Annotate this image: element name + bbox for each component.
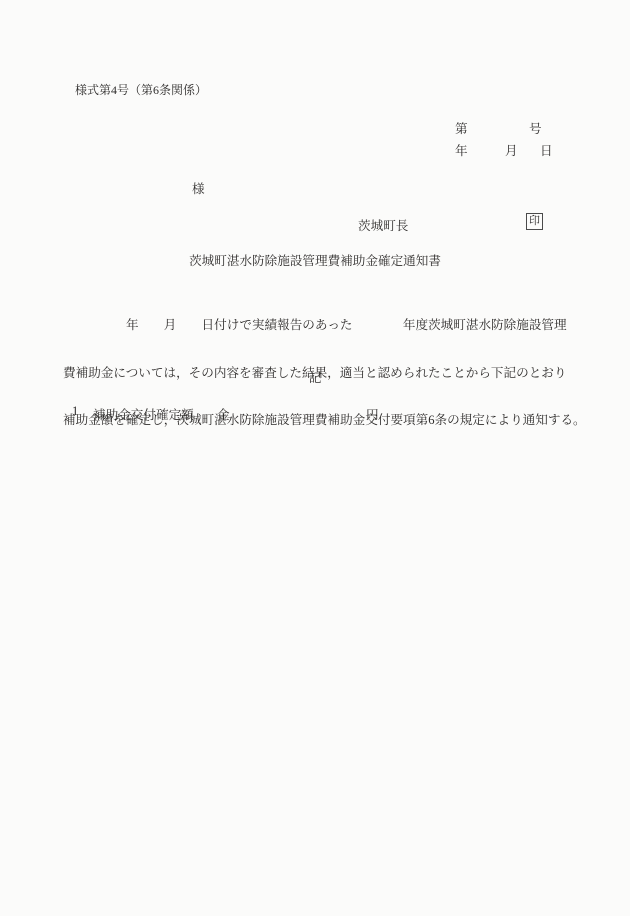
section-marker-ki: 記: [0, 367, 630, 386]
item-1-row: 1 補助金交付確定額 金 円: [0, 404, 630, 421]
date-year-label: 年: [455, 140, 468, 159]
sender-title: 茨城町長: [358, 215, 408, 234]
amount-blank-space: [232, 404, 364, 419]
recipient-honorific: 様: [192, 178, 205, 197]
form-number: 様式第4号（第6条関係）: [75, 81, 207, 98]
doc-number-suffix: 号: [529, 118, 542, 137]
item-label: 補助金交付確定額: [93, 404, 194, 423]
currency-prefix: 金: [217, 404, 230, 423]
document-page: 様式第4号（第6条関係） 第 号 年 月 日 様 茨城町長 印 茨城町湛水防除施…: [0, 0, 630, 916]
date-row: 年 月 日: [0, 140, 630, 157]
document-title: 茨城町湛水防除施設管理費補助金確定通知書: [0, 250, 630, 269]
seal-label: 印: [529, 216, 540, 227]
sender-row: 茨城町長 印: [0, 215, 630, 233]
date-month-label: 月: [505, 140, 518, 159]
seal-stamp-placeholder: 印: [526, 213, 543, 230]
document-number-row: 第 号: [0, 118, 630, 135]
date-day-label: 日: [540, 140, 553, 159]
doc-number-prefix: 第: [455, 118, 468, 137]
currency-unit: 円: [366, 404, 379, 423]
item-number: 1: [72, 404, 78, 419]
body-line: 年 月 日付けで実績報告のあった 年度茨城町湛水防除施設管理: [63, 317, 573, 335]
